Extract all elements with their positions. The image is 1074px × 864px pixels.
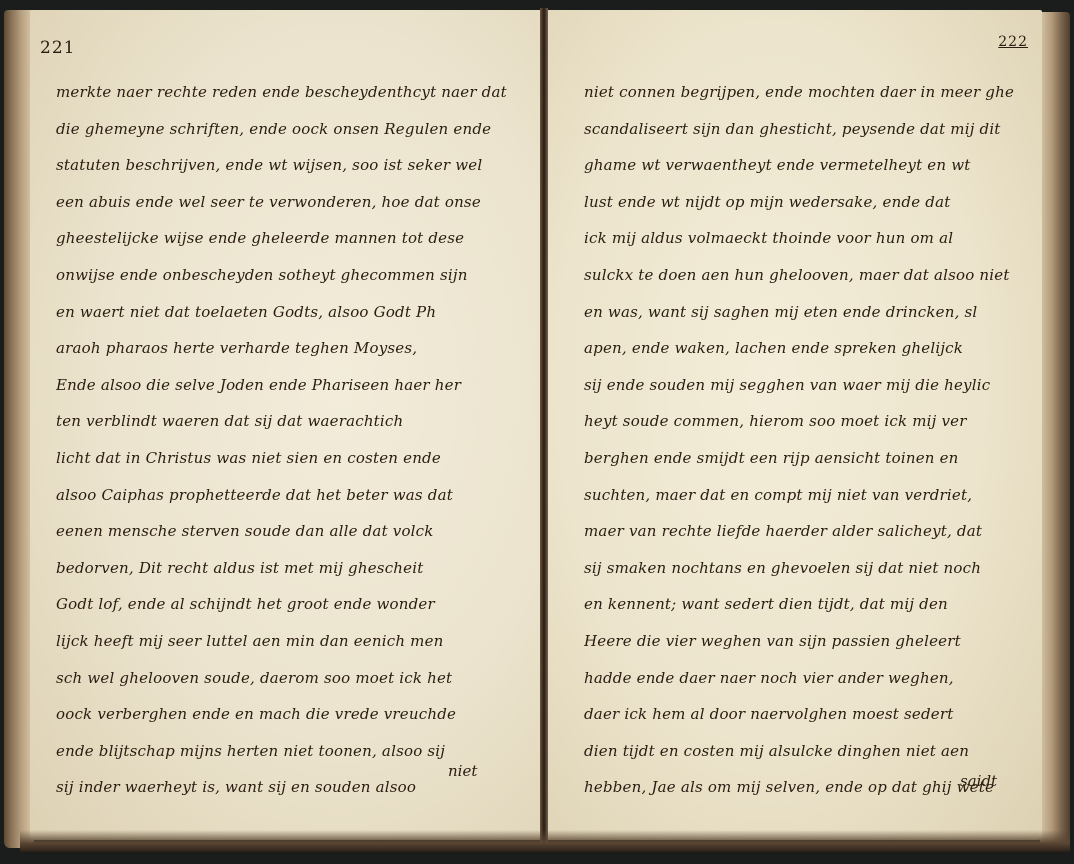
text-line: en kennent; want sedert dien tijdt, dat … (584, 586, 1034, 623)
text-line: ick mij aldus volmaeckt thoinde voor hun… (584, 220, 1034, 257)
text-line: oock verberghen ende en mach die vrede v… (56, 696, 536, 733)
text-line: een abuis ende wel seer te verwonderen, … (56, 184, 536, 221)
text-line: apen, ende waken, lachen ende spreken gh… (584, 330, 1034, 367)
text-line: Godt lof, ende al schijndt het groot end… (56, 586, 536, 623)
text-line: alsoo Caiphas prophetteerde dat het bete… (56, 477, 536, 514)
text-line: merkte naer rechte reden ende bescheyden… (56, 74, 536, 111)
text-line: suchten, maer dat en compt mij niet van … (584, 477, 1034, 514)
text-line: statuten beschrijven, ende wt wijsen, so… (56, 147, 536, 184)
text-line: bedorven, Dit recht aldus ist met mij gh… (56, 550, 536, 587)
book-gutter (540, 8, 548, 850)
book-bottom-edge (20, 830, 1070, 852)
text-line: lust ende wt nijdt op mijn wedersake, en… (584, 184, 1034, 221)
text-line: en was, want sij saghen mij eten ende dr… (584, 294, 1034, 331)
right-page-number: 222 (998, 34, 1028, 50)
left-catchword: niet (448, 762, 477, 780)
text-line: berghen ende smijdt een rijp aensicht to… (584, 440, 1034, 477)
text-line: die ghemeyne schriften, ende oock onsen … (56, 111, 536, 148)
right-page-text: niet connen begrijpen, ende mochten daer… (584, 74, 1034, 806)
text-line: eenen mensche sterven soude dan alle dat… (56, 513, 536, 550)
right-catchword: saidt (960, 772, 997, 790)
text-line: sij ende souden mij segghen van waer mij… (584, 367, 1034, 404)
text-line: maer van rechte liefde haerder alder sal… (584, 513, 1034, 550)
left-page-number: 221 (40, 38, 75, 58)
manuscript-photo: 221 merkte naer rechte reden ende besche… (0, 0, 1074, 864)
right-page: 222 niet connen begrijpen, ende mochten … (548, 10, 1042, 840)
text-line: dien tijdt en costen mij alsulcke dinghe… (584, 733, 1034, 770)
text-line: sij smaken nochtans en ghevoelen sij dat… (584, 550, 1034, 587)
right-page-stack-edge (1040, 12, 1070, 848)
text-line: daer ick hem al door naervolghen moest s… (584, 696, 1034, 733)
text-line: lijck heeft mij seer luttel aen min dan … (56, 623, 536, 660)
text-line: sch wel ghelooven soude, daerom soo moet… (56, 660, 536, 697)
text-line: hadde ende daer naer noch vier ander weg… (584, 660, 1034, 697)
text-line: en waert niet dat toelaeten Godts, alsoo… (56, 294, 536, 331)
text-line: sulckx te doen aen hun ghelooven, maer d… (584, 257, 1034, 294)
text-line: Ende alsoo die selve Joden ende Pharisee… (56, 367, 536, 404)
left-page: 221 merkte naer rechte reden ende besche… (30, 10, 542, 840)
text-line: araoh pharaos herte verharde teghen Moys… (56, 330, 536, 367)
text-line: onwijse ende onbescheyden sotheyt ghecom… (56, 257, 536, 294)
text-line: heyt soude commen, hierom soo moet ick m… (584, 403, 1034, 440)
text-line: scandaliseert sijn dan ghesticht, peysen… (584, 111, 1034, 148)
text-line: Heere die vier weghen van sijn passien g… (584, 623, 1034, 660)
left-page-text: merkte naer rechte reden ende bescheyden… (56, 74, 536, 806)
text-line: ten verblindt waeren dat sij dat waerach… (56, 403, 536, 440)
text-line: ghame wt verwaentheyt ende vermetelheyt … (584, 147, 1034, 184)
text-line: gheestelijcke wijse ende gheleerde manne… (56, 220, 536, 257)
text-line: licht dat in Christus was niet sien en c… (56, 440, 536, 477)
text-line: niet connen begrijpen, ende mochten daer… (584, 74, 1034, 111)
